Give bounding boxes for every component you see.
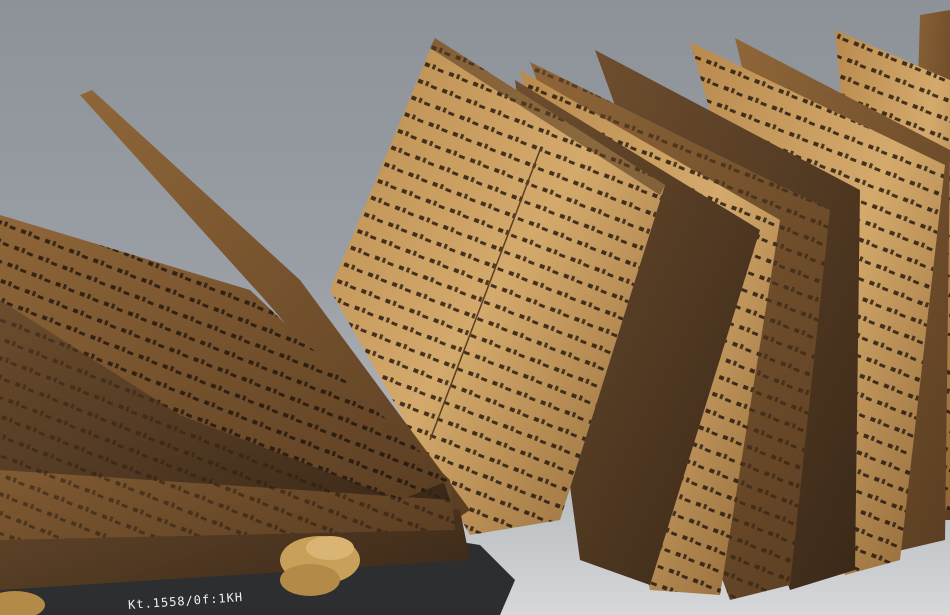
manuscript-photo: Kt.1558/0f:1KH <box>0 0 950 615</box>
manuscript-illustration <box>0 0 950 615</box>
